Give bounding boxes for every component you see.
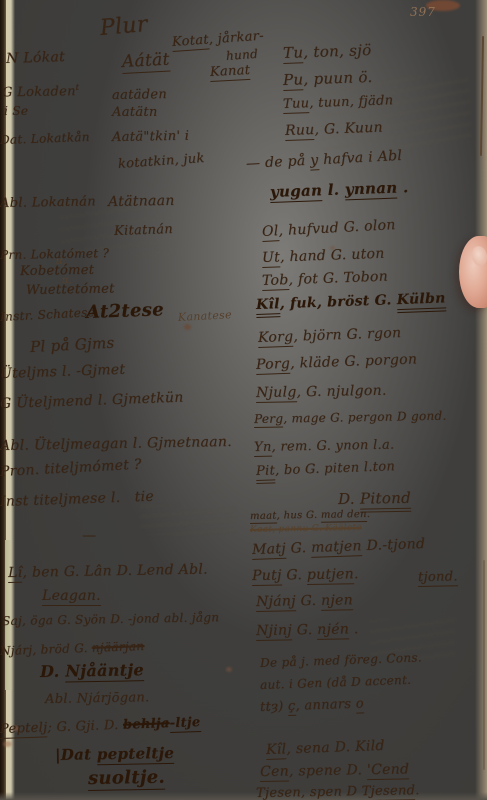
word: — de på [246, 153, 311, 172]
bleed-through [140, 505, 235, 535]
word: , puun ö. [303, 68, 373, 88]
word-underlined: Pu [283, 70, 304, 91]
word: , G. njulgon. [296, 383, 386, 401]
line-tjond: tjond. [418, 569, 458, 587]
word: , tuun, fjädn [309, 93, 394, 111]
line-tu: Tu, ton, sjö [283, 41, 372, 62]
word-underlined: Lî [8, 565, 23, 583]
ink-stain [184, 324, 191, 330]
word: G Lokaden [2, 84, 76, 100]
word-underlined: ynnan [344, 179, 397, 201]
word: D. [40, 662, 66, 681]
line-maat: maat, hus G. mad den. [250, 509, 370, 522]
word: , hus G. [277, 510, 321, 522]
word-underlined: Perg [254, 411, 284, 428]
line-dat-pepteltje: |Dat pepteltje [55, 744, 174, 764]
word-underlined: putjen [307, 566, 354, 585]
word-underlined: yugan [270, 181, 323, 203]
line-ruu: Ruu, G. Kuun [285, 120, 383, 139]
word-underlined: o [355, 696, 364, 713]
word: |Dat [55, 745, 97, 764]
word-underlined: Njánj [256, 593, 296, 612]
line-form: aatäden [112, 87, 167, 103]
word: . [354, 566, 359, 582]
line-njanj: Njánj G. njen [256, 592, 353, 610]
word-underlined: Külbn [396, 290, 446, 313]
word: . [415, 783, 420, 798]
word: , spene D. [289, 762, 367, 779]
line-form: Wuettetómet [26, 281, 115, 298]
word: , sena D. Kild [286, 738, 385, 757]
word-underlined: maat [250, 511, 277, 524]
word: . [397, 178, 409, 196]
line-form: Aatä"tkin' i [112, 129, 189, 145]
line-suoltje: suoltje. [88, 767, 165, 791]
word-underlined: pepteltje [97, 744, 175, 765]
fingernail [470, 245, 487, 268]
line-njulg: Njulg, G. njulgon. [256, 383, 387, 401]
word-underlined: Cen [260, 763, 289, 782]
word: , rem. G. ynon l.a. [271, 438, 394, 455]
word-underlined: Tob [262, 272, 289, 291]
word: , mage G. pergon D gond. [283, 409, 447, 426]
word-underlined: Njinj [256, 622, 292, 641]
word: G. [281, 567, 307, 583]
word-underlined: Matj [252, 541, 286, 560]
word-underlined: Njåäntje [65, 660, 144, 682]
superscript: t [76, 83, 80, 92]
line-njarjogan: Abl. Njárjōgan. [45, 690, 150, 707]
word: D. [338, 490, 360, 508]
heading-aatat: Aátät [121, 50, 170, 74]
line-tjesen: Tjesen, spen D Tjesend. [256, 783, 420, 800]
line-njaantje: D. Njåäntje [40, 660, 144, 681]
word-underlined: Kotat [171, 32, 209, 52]
line-pu: Pu, puun ö. [283, 68, 373, 89]
line-form-large: At2tese [86, 299, 165, 323]
line-nominative: N Lókat [6, 49, 66, 67]
manuscript-page-photo: 397 Plur Kotat, jårkar- hund Aátät Kanat… [0, 0, 487, 800]
word: l. [322, 180, 345, 199]
line-putj: Putj G. putjen. [252, 566, 359, 584]
word-underlined: -ltje [169, 715, 200, 733]
line-kaat-struck: Kaat, pannu G. Käälete [250, 523, 362, 535]
line-se: i Se [4, 104, 28, 118]
word-struck: behlja [123, 716, 170, 733]
foxing-spot [226, 667, 232, 672]
word-underlined: Tjesend [362, 783, 416, 800]
word-underlined: mad den [321, 509, 367, 523]
foxing-spot [3, 741, 12, 747]
word-underlined: Kîl [266, 741, 287, 760]
word-underlined: Ol [262, 223, 279, 242]
line-prosecutive: Prn. Lokatómet ? [0, 246, 109, 262]
heading-plur: Plur [99, 12, 149, 41]
word-underlined: 'Cend [367, 761, 410, 780]
line-leagan: Leagan. [42, 588, 101, 606]
word-struck: njäärjan [92, 639, 145, 655]
word-underlined: Tuu [283, 96, 310, 114]
word: . [367, 509, 371, 520]
word-underlined: Ut [262, 249, 281, 268]
word-underlined: Tjesen [256, 785, 301, 800]
word-underlined: Porg [256, 356, 291, 375]
word: ; G. Gji. D. [47, 718, 123, 736]
word: , annars [295, 697, 356, 714]
line-cen: Cen, spene D. 'Cend [260, 761, 410, 780]
word-underlined: Njulg [256, 384, 297, 403]
word: , ben G. Lân D. Lend Abl. [22, 562, 208, 581]
word-underlined: Ruu [285, 122, 315, 141]
word: , ton, sjö [303, 41, 372, 61]
heading-kanat: Kanat [210, 63, 251, 82]
line-form: Atätnaan [108, 193, 175, 210]
line-form: Kitatnán [114, 222, 173, 239]
word: G. [292, 622, 318, 638]
word-underlined: Yn [254, 440, 272, 457]
word-underlined: njen [321, 592, 353, 611]
line-genitive: G Lokadent [2, 83, 79, 101]
line-form: Aatätn [112, 105, 158, 120]
word-underlined: matjen [311, 538, 362, 558]
word-underlined: Korg [258, 329, 294, 348]
word: . [349, 621, 359, 637]
line-yugan: yugan l. ynnan . [270, 178, 409, 201]
page-edge-line-lower [483, 560, 485, 770]
line-njinj: Njinj G. njén . [256, 621, 359, 639]
word-underlined: Peptelj [0, 720, 48, 739]
word: D.-tjond [361, 536, 425, 554]
line-yn: Yn, rem. G. ynon l.a. [254, 438, 395, 455]
line-form: Kobetómet [20, 263, 94, 279]
word: , spen D [301, 784, 362, 800]
line-pitond: D. Pitond [338, 489, 411, 508]
word-underlined: Kîl [256, 296, 280, 318]
word-underlined: Putj [252, 567, 282, 586]
word: G. [296, 593, 322, 609]
word-underlined: Pit [256, 463, 276, 484]
heading-hund: hund [226, 47, 259, 63]
word: , G. Kuun [314, 120, 383, 138]
page-number: 397 [410, 5, 436, 19]
divider-dash: — [82, 528, 96, 544]
line-ablative: Abl. Lokatnán [0, 194, 96, 211]
word: ttȝ) [260, 699, 288, 715]
word-underlined: Tu [283, 43, 304, 64]
word: G. [286, 540, 312, 557]
word-underlined: njén [317, 621, 349, 640]
